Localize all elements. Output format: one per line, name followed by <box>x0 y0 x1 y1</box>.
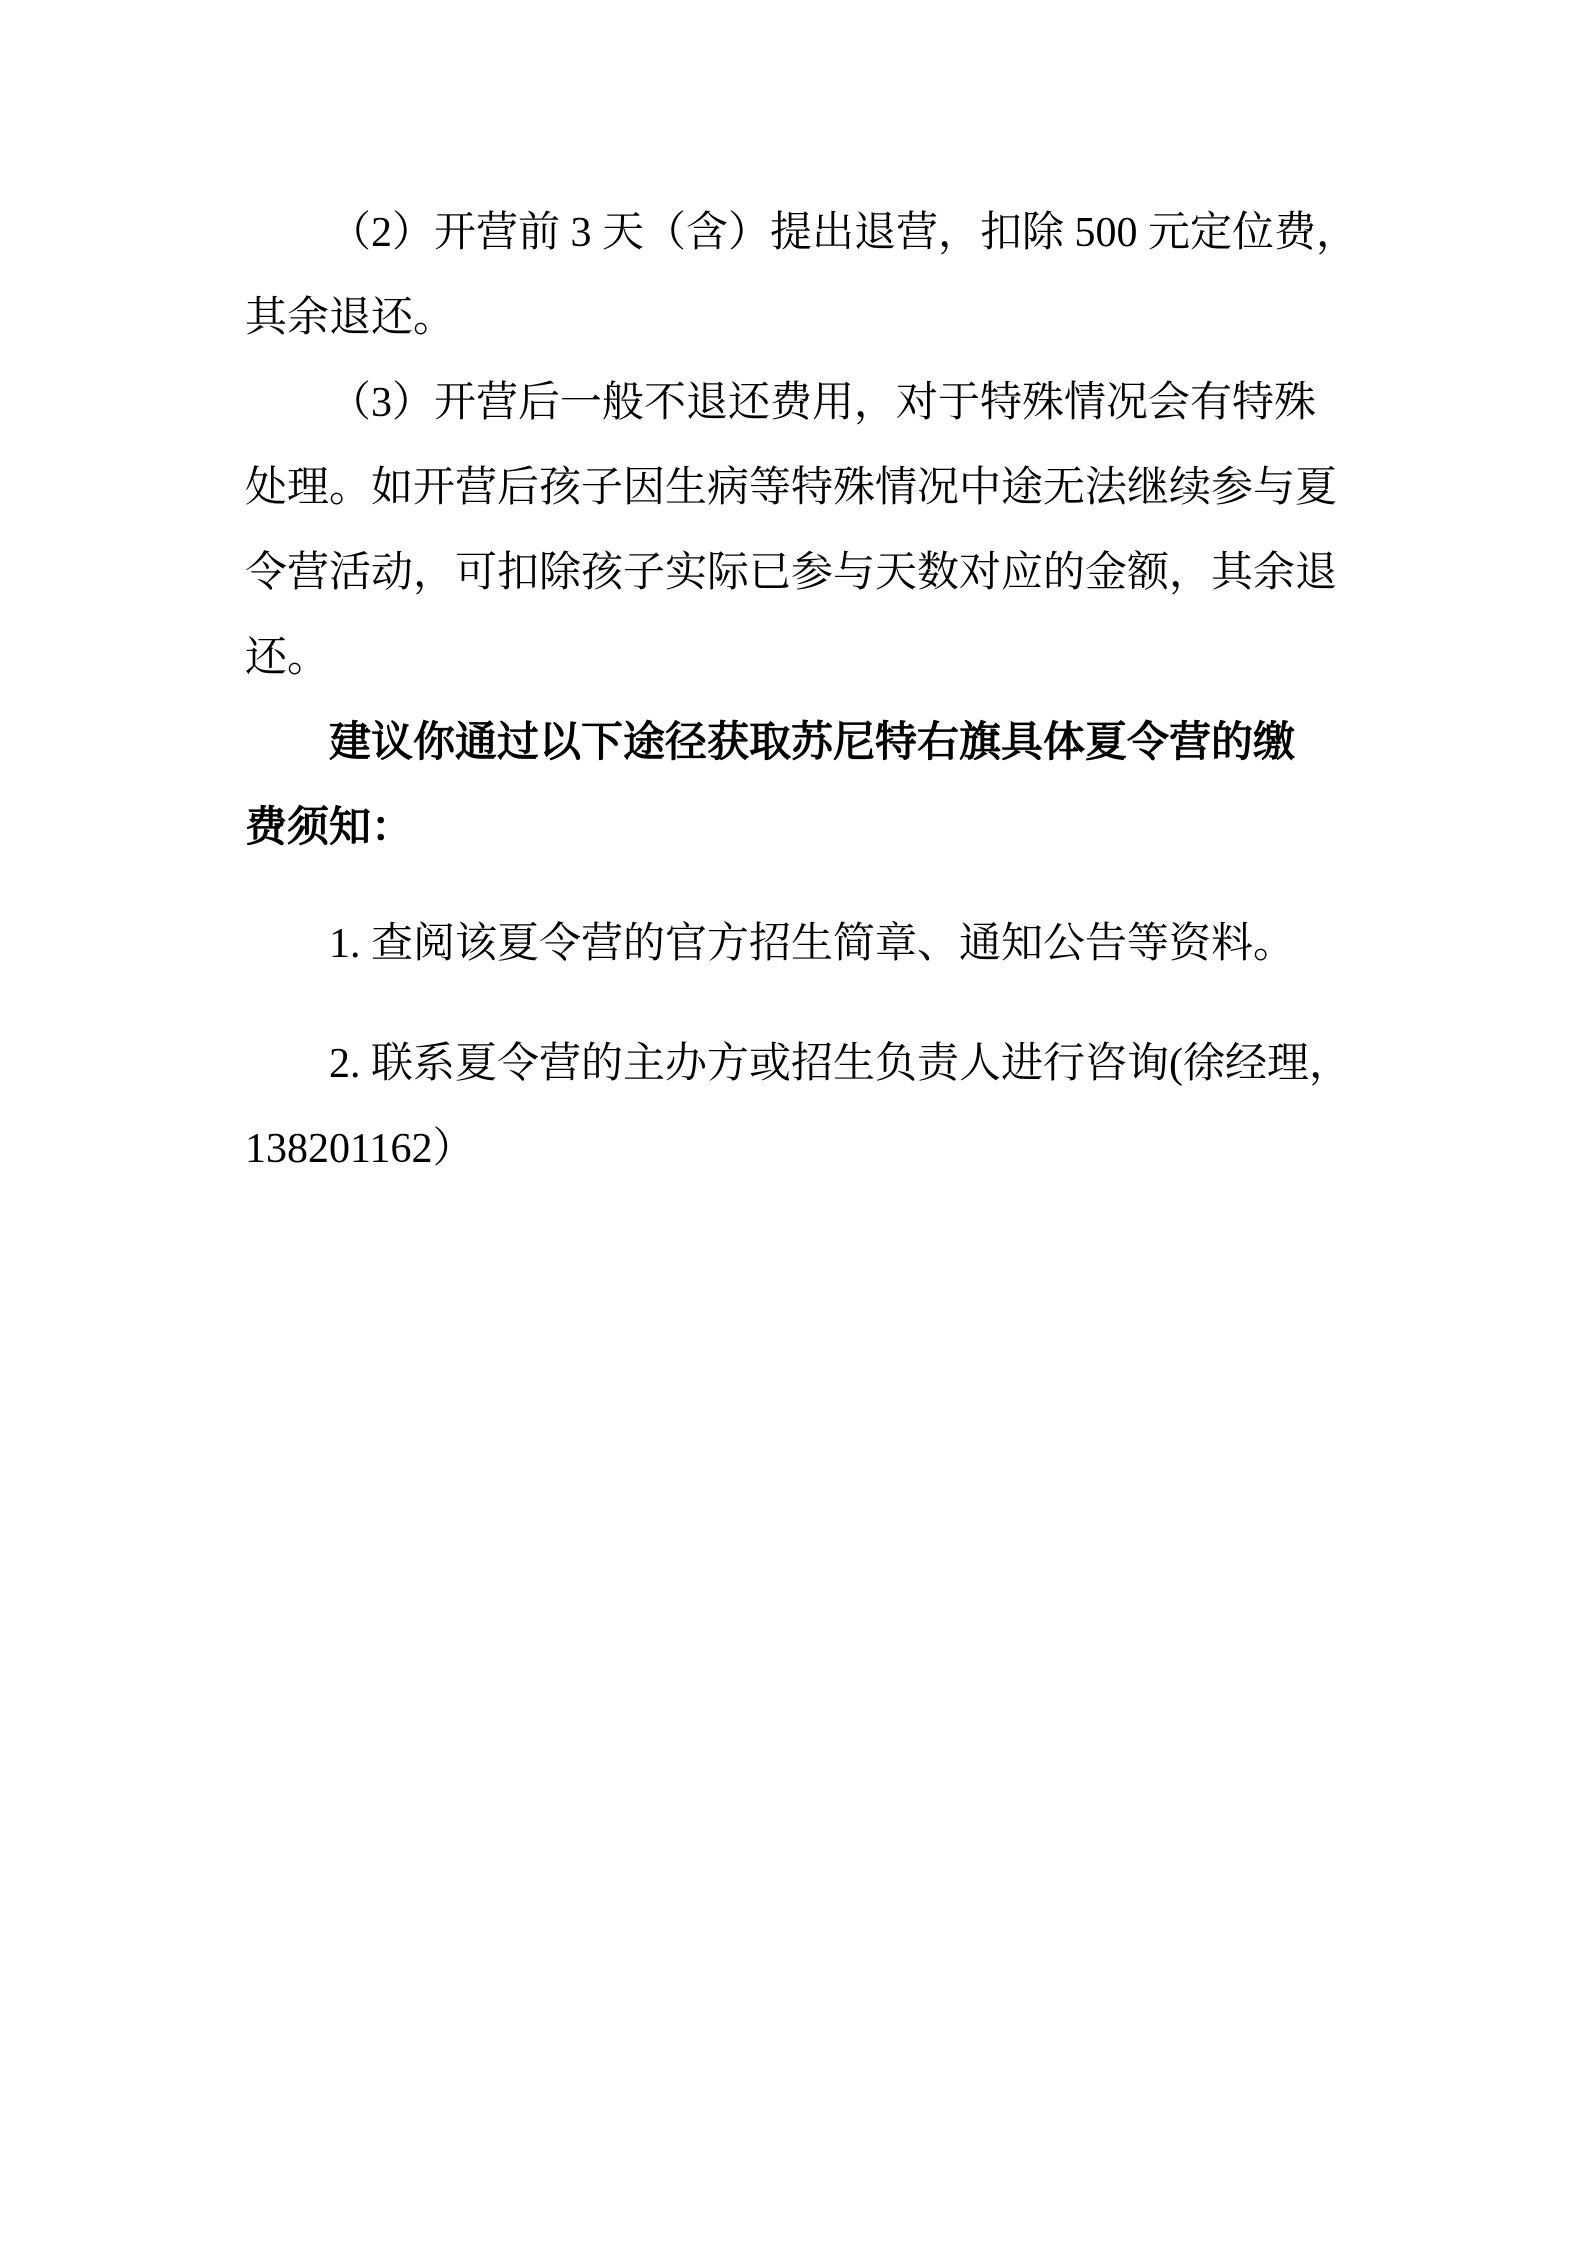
paragraph-refund-rule-2: （2）开营前 3 天（含）提出退营，扣除 500 元定位费， 其余退还。 <box>245 191 1343 361</box>
text-line: 其余退还。 <box>245 276 1343 361</box>
document-page: （2）开营前 3 天（含）提出退营，扣除 500 元定位费， 其余退还。 （3）… <box>0 0 1588 2245</box>
paragraph-advice-item-1: 1. 查阅该夏令营的官方招生简章、通知公告等资料。 <box>245 902 1343 987</box>
text-line: 令营活动，可扣除孩子实际已参与天数对应的金额，其余退 <box>245 531 1343 616</box>
paragraph-refund-rule-3: （3）开营后一般不退还费用，对于特殊情况会有特殊 处理。如开营后孩子因生病等特殊… <box>245 361 1343 701</box>
text-line: 处理。如开营后孩子因生病等特殊情况中途无法继续参与夏 <box>245 446 1343 531</box>
paragraph-advice-heading: 建议你通过以下途径获取苏尼特右旗具体夏令营的缴 费须知： <box>245 701 1343 871</box>
list-item-line: 2. 联系夏令营的主办方或招生负责人进行咨询(徐经理， <box>245 1022 1343 1107</box>
text-line: 还。 <box>245 616 1343 701</box>
text-line: （3）开营后一般不退还费用，对于特殊情况会有特殊 <box>245 361 1343 446</box>
heading-line: 费须知： <box>245 786 1343 871</box>
heading-line: 建议你通过以下途径获取苏尼特右旗具体夏令营的缴 <box>245 701 1343 786</box>
list-item-line: 1. 查阅该夏令营的官方招生简章、通知公告等资料。 <box>245 902 1343 987</box>
paragraph-advice-item-2: 2. 联系夏令营的主办方或招生负责人进行咨询(徐经理， 138201162） <box>245 1022 1343 1192</box>
text-line: （2）开营前 3 天（含）提出退营，扣除 500 元定位费， <box>245 191 1343 276</box>
phone-number-line: 138201162） <box>245 1107 1343 1192</box>
document-body: （2）开营前 3 天（含）提出退营，扣除 500 元定位费， 其余退还。 （3）… <box>245 191 1343 1192</box>
